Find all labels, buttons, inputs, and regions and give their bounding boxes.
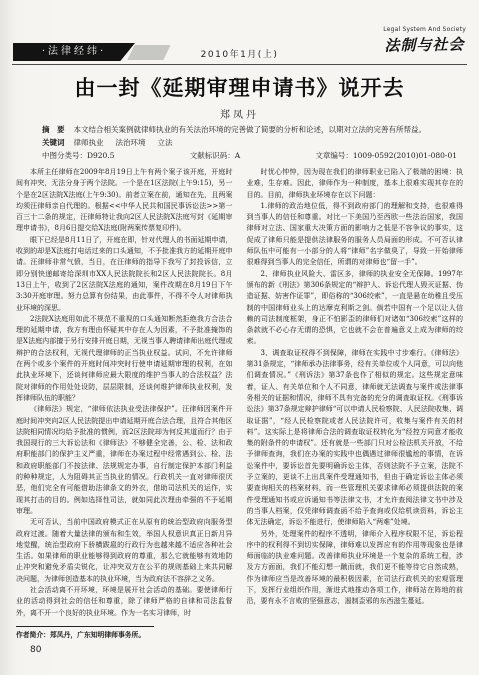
article-id: 文章编号：1009-0592(2010)01-080-01 bbox=[315, 150, 457, 163]
body-paragraph: 2、律师执业风险大、雷区多，律师的执业安全无保障。1997年颁布的新《刑法》第3… bbox=[247, 269, 464, 348]
clc-number: 中图分类号：D920.5 bbox=[42, 150, 114, 163]
article-title: 由一封《延期审理申请书》说开去 bbox=[0, 72, 479, 102]
article-author: 郑凤丹 bbox=[0, 106, 479, 121]
keyword: 立法 bbox=[158, 138, 173, 147]
footnote-divider bbox=[16, 626, 154, 627]
keyword: 律师执业 bbox=[74, 138, 104, 147]
masthead-divider bbox=[12, 64, 467, 65]
keywords-row: 关键词律师执业法治环境立法 bbox=[42, 137, 457, 150]
author-footnote: 作者简介：郑凤丹，广东知明律师事务所。 bbox=[16, 626, 233, 641]
body-paragraph: 无可否认，当前中国政府模式正在从原有的统治型政府向服务型政府过渡。随着大量法律的… bbox=[16, 517, 233, 585]
body-paragraph: 眼下已经是8月11日了，开庭在即，针对代理人的书面延期申请，收到的却是X法庭打电… bbox=[16, 235, 233, 314]
issue-date: 2010年1月(上) bbox=[0, 47, 479, 60]
keywords-label: 关键词 bbox=[42, 138, 65, 147]
keyword: 法治环境 bbox=[116, 138, 146, 147]
journal-page: Legal System And Society 法制与社会 ·法律经纬· 20… bbox=[0, 0, 479, 675]
article-meta: 摘 要本文结合相关案例就律师执业的有关法治环境的完善做了简要的分析和论述，以期对… bbox=[42, 124, 457, 163]
body-paragraph: 时忧心忡忡，因为现在我们的律师职业已陷入了极端的困境：执业难，生存难。因此，律师… bbox=[247, 167, 464, 201]
body-paragraph: 另外，处理案件的程序不透明，律师介入程序权限不足，诉讼程序中的权利得不到切实保障… bbox=[247, 529, 464, 608]
article-body: 本所主任律师在2009年8月19日上午有两个案子该开庭，开庭时间有冲突，无法分身… bbox=[16, 167, 463, 656]
footnote-text: 作者简介：郑凤丹，广东知明律师事务所。 bbox=[16, 630, 233, 641]
classification-row: 中图分类号：D920.5 文献标识码：A 文章编号：1009-0592(2010… bbox=[42, 150, 457, 163]
abstract-text: 本文结合相关案例就律师执业的有关法治环境的完善做了简要的分析和论述，以期对立法的… bbox=[74, 125, 427, 134]
document-code: 文献标识码：A bbox=[190, 150, 240, 163]
abstract-row: 摘 要本文结合相关案例就律师执业的有关法治环境的完善做了简要的分析和论述，以期对… bbox=[42, 124, 457, 137]
page-number: 80 bbox=[16, 645, 233, 656]
abstract-label: 摘 要 bbox=[42, 125, 65, 134]
body-paragraph: 2法院X法庭用如此不规范不重视的口头通知断然拒绝我方合法合理的延期申请，我方有理… bbox=[16, 314, 233, 404]
body-paragraph: 本所主任律师在2009年8月19日上午有两个案子该开庭，开庭时间有冲突，无法分身… bbox=[16, 167, 233, 235]
left-column: 本所主任律师在2009年8月19日上午有两个案子该开庭，开庭时间有冲突，无法分身… bbox=[16, 167, 233, 656]
body-paragraph: 1.律师的政治地位低，得不到政府部门的理解和支持，也很难得到当事人的信任和尊重。… bbox=[247, 201, 464, 269]
right-column: 时忧心忡忡，因为现在我们的律师职业已陷入了极端的困境：执业难，生存难。因此，律师… bbox=[247, 167, 464, 656]
body-paragraph: 3、调查取证权得不到保障，律师在实践中寸步难行。《律师法》第31条规定，“律师承… bbox=[247, 348, 464, 529]
journal-logo-english: Legal System And Society bbox=[383, 26, 466, 33]
body-paragraph: 社会活动离不开环境，环境是展开社会活动的基础。要使律师行业的活动得到社会的信任和… bbox=[16, 585, 233, 619]
body-paragraph: 《律师法》规定，“律师依法执业受法律保护”。汪律师因案件开庭时间冲突向2区人民法… bbox=[16, 404, 233, 517]
